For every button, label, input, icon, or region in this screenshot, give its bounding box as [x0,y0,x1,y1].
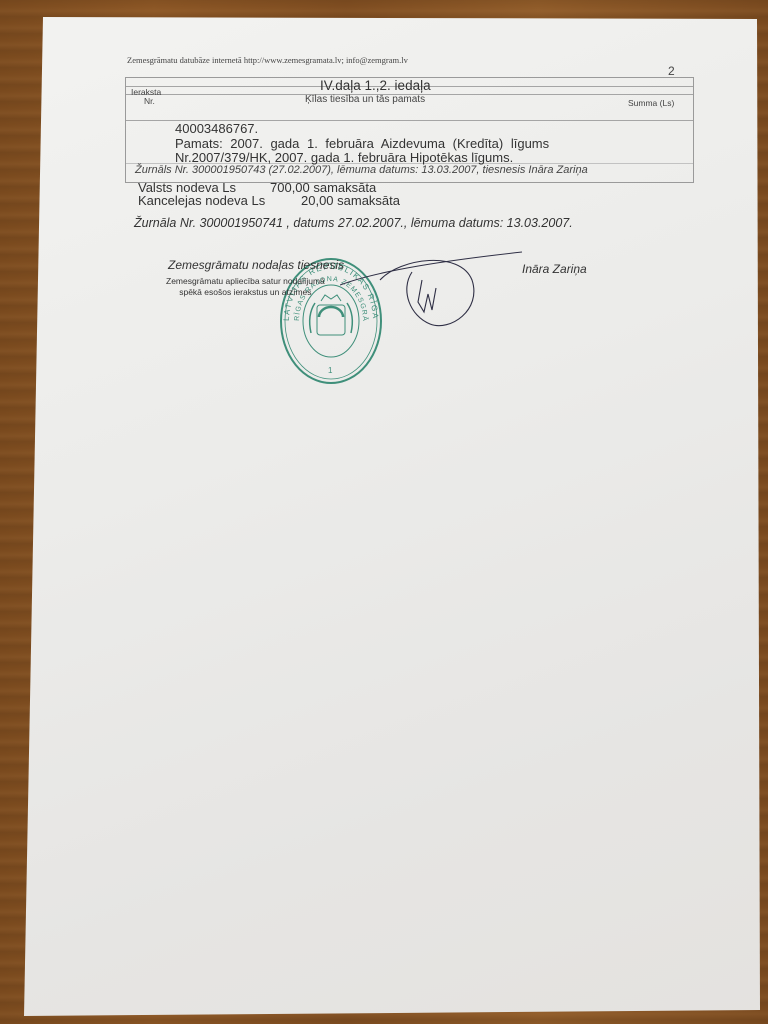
handwritten-signature [340,250,530,345]
section-title: IV.daļa 1.,2. iedaļa [320,78,431,93]
document-page: Zemesgrāmatu datubāze internetā http://w… [0,0,768,1024]
column-header-amount: Summa (Ls) [628,98,674,108]
column-header-title: Ķīlas tiesība un tās pamats [305,94,425,105]
certification-line: spēkā esošos ierakstus un atzīmes [166,287,325,298]
fee-label: Kancelejas nodeva Ls [138,193,265,208]
entry-line: Pamats: 2007. gada 1. februāra Aizdevuma… [175,136,549,151]
column-header-entry-number: Ieraksta Nr. [131,88,161,106]
certification-note: Zemesgrāmatu apliecība satur nodalījumā … [166,276,325,298]
stamp-number: 1 [328,366,333,375]
fee-amount: 20,00 samaksāta [301,193,400,208]
entry-line: 40003486767. [175,121,258,136]
judge-title: Zemesgrāmatu nodaļas tiesnesis [168,258,344,272]
page-number: 2 [668,64,675,78]
fee-row: Kancelejas nodeva Ls 20,00 samaksāta [138,193,265,208]
journal-line: Žurnāla Nr. 300001950741 , datums 27.02.… [134,216,573,230]
entry-line: Nr.2007/379/HK, 2007. gada 1. februāra H… [175,150,513,165]
certification-line: Zemesgrāmatu apliecība satur nodalījumā [166,276,325,287]
column-header-line: Nr. [131,97,161,106]
judge-name: Ināra Zariņa [522,262,587,276]
database-header-line: Zemesgrāmatu datubāze internetā http://w… [127,55,408,65]
journal-note: Žurnāls Nr. 300001950743 (27.02.2007), l… [135,164,588,176]
